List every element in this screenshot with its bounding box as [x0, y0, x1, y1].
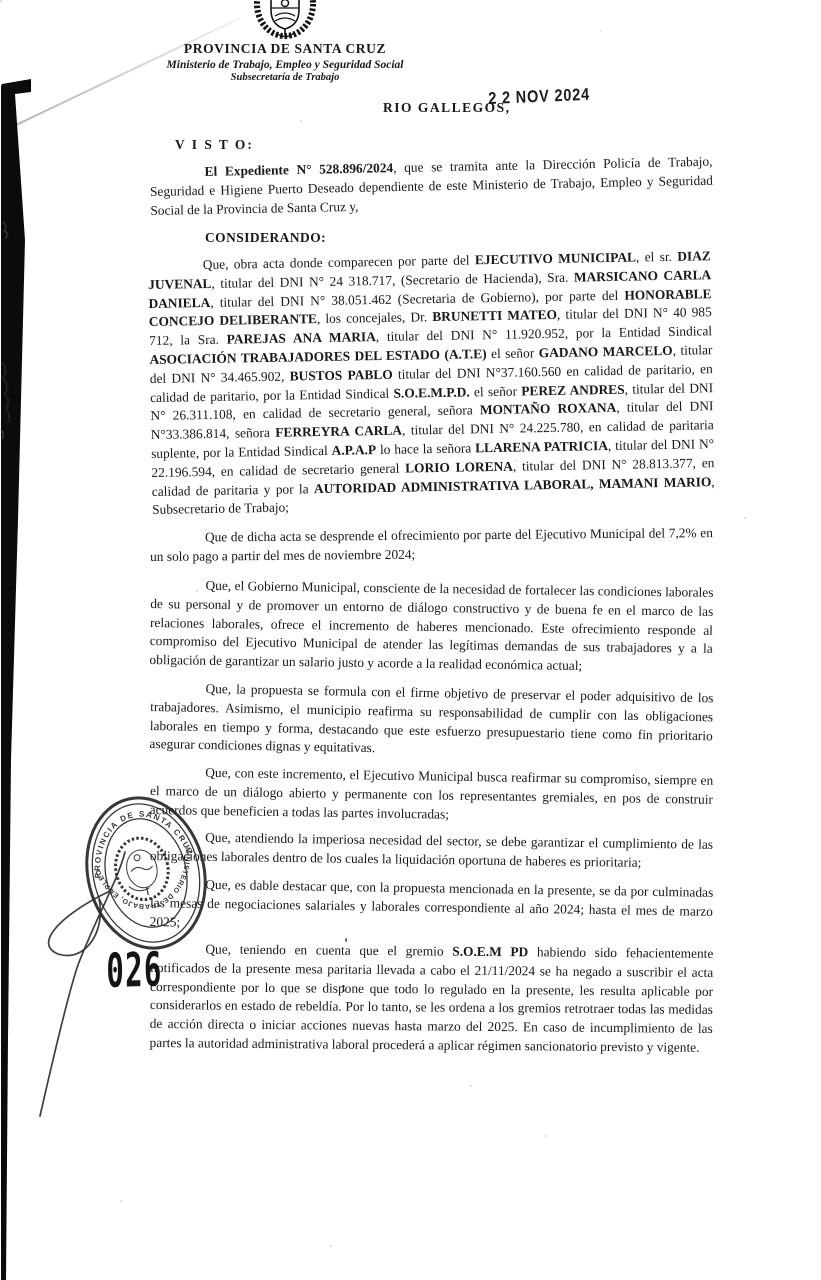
considerando-paragraph: Que, la propuesta se formula con el firm… [149, 679, 713, 764]
visto-heading: V I S T O: [150, 136, 713, 155]
scanned-document-page: PROVINCIA DE SANTA CRUZ Ministerio de Tr… [0, 0, 821, 1280]
visto-paragraph: El Expediente N° 528.896/2024, que se tr… [149, 153, 713, 221]
date-stamp: 2 2 NOV 2024 [488, 85, 590, 109]
considerando-paragraph: Que, el Gobierno Municipal, consciente d… [149, 576, 713, 678]
considerando-paragraph: Que, obra acta donde comparecen por part… [148, 247, 716, 520]
considerando-heading: CONSIDERANDO: [150, 229, 713, 248]
subsecretary-name: Subsecretaría de Trabajo [115, 72, 455, 83]
coat-of-arms-icon [241, 0, 329, 40]
stray-ink-mark: ' [344, 936, 348, 953]
considerando-paragraph: Que de dicha acta se desprende el ofreci… [150, 524, 713, 567]
foliation-number: 026 [106, 942, 163, 999]
scan-noise-specks [0, 0, 2, 2]
ministry-name: Ministerio de Trabajo, Empleo y Segurida… [115, 59, 455, 71]
letterhead: PROVINCIA DE SANTA CRUZ Ministerio de Tr… [115, 0, 455, 83]
stray-ink-mark: : [341, 980, 346, 997]
org-name: PROVINCIA DE SANTA CRUZ [115, 41, 455, 57]
